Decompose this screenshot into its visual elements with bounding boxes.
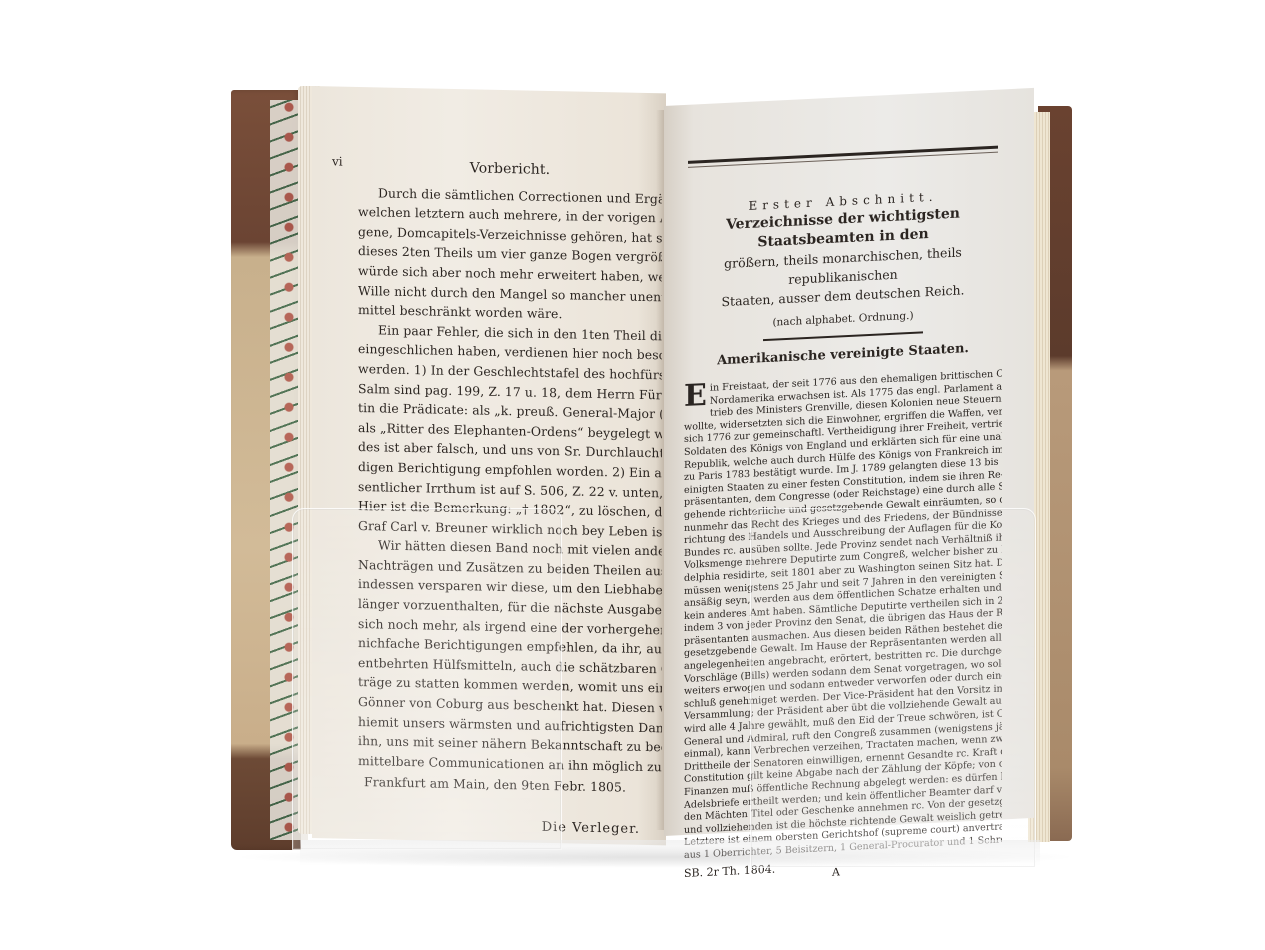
divider-rule: [763, 331, 923, 341]
acrylic-stand-base: [300, 840, 1040, 866]
section-title: Verzeichnisse der wichtigsten Staatsbeam…: [684, 202, 1002, 313]
book-photo: vi Vorbericht. Durch die sämtlichen Corr…: [0, 0, 1265, 950]
page-title: Vorbericht.: [358, 135, 662, 183]
page-number: vi: [332, 154, 343, 168]
drop-cap: E: [684, 383, 707, 410]
acrylic-stand-left-panel: [292, 508, 562, 850]
subheading: Amerikanische vereinigte Staaten.: [684, 339, 1002, 370]
acrylic-stand-right-panel: [750, 508, 1036, 868]
